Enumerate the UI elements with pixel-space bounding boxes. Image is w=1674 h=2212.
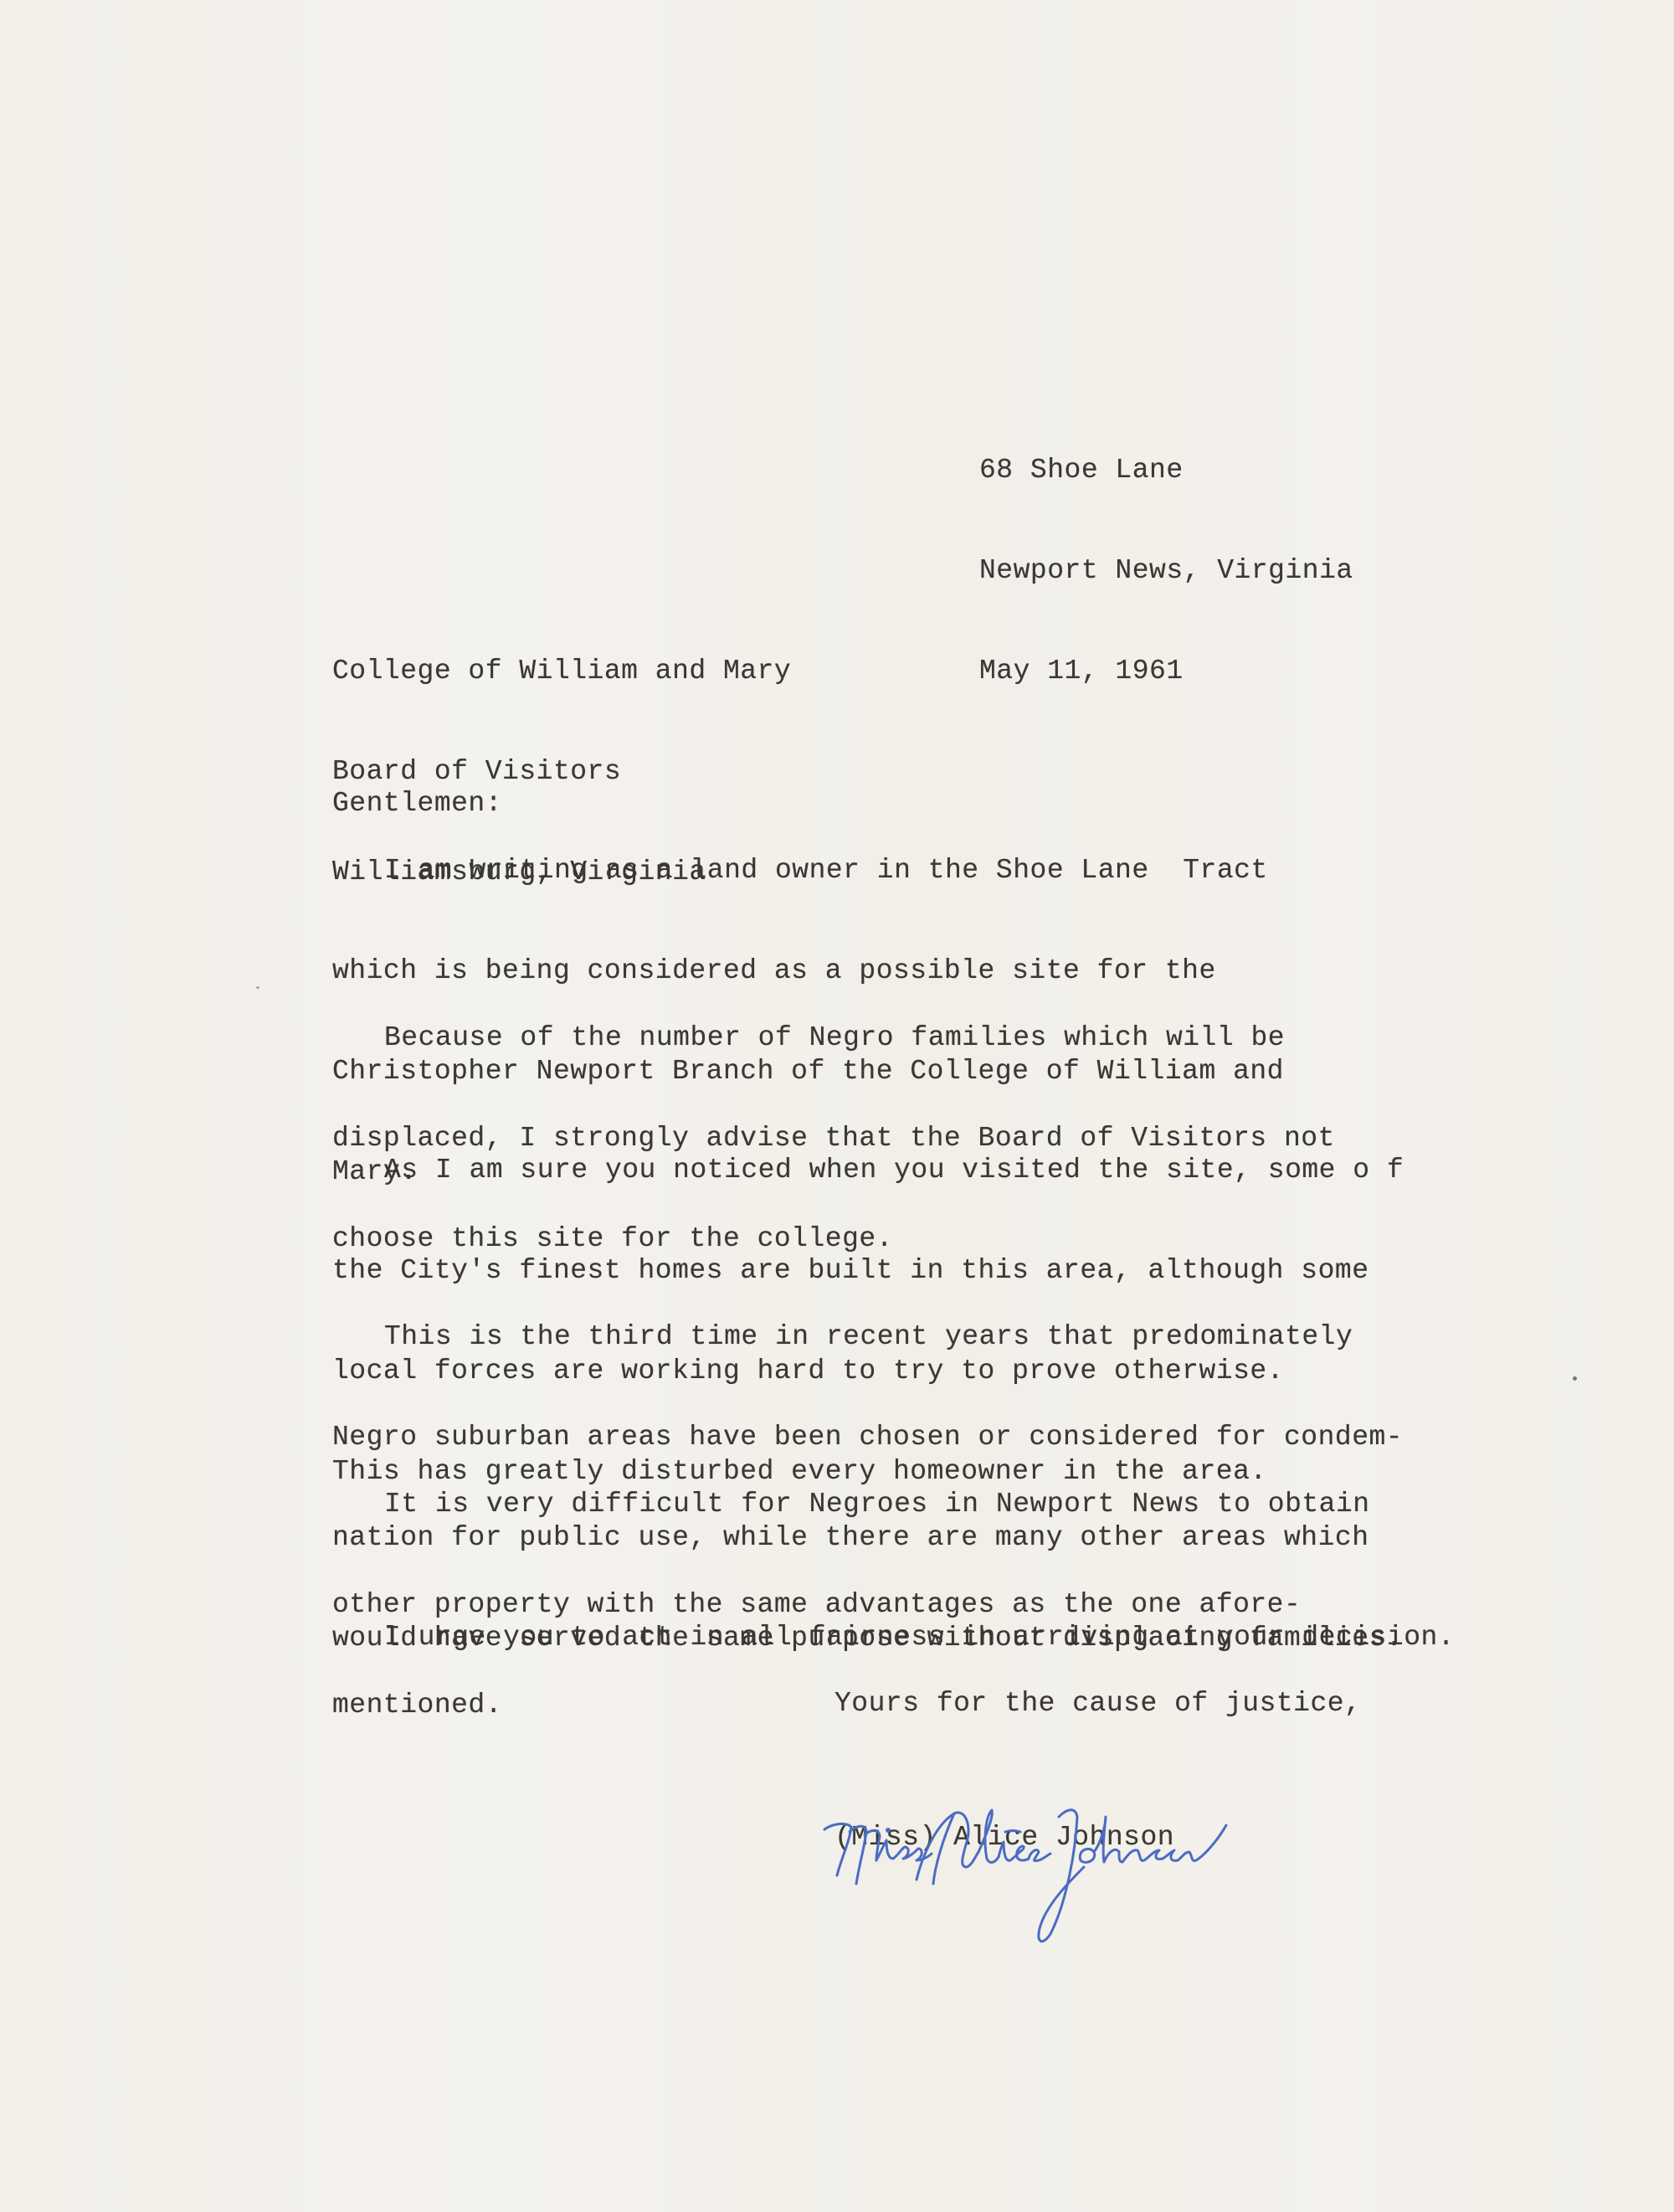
paragraph-line: As I am sure you noticed when you visite… xyxy=(332,1154,1404,1187)
ink-speck xyxy=(256,986,259,989)
letter-date: May 11, 1961 xyxy=(979,655,1353,688)
sender-city: Newport News, Virginia xyxy=(979,554,1353,588)
paragraph-line: I am writing as a land owner in the Shoe… xyxy=(332,854,1284,887)
closing-text: Yours for the cause of justice, xyxy=(834,1687,1361,1721)
sender-address: 68 Shoe Lane Newport News, Virginia May … xyxy=(979,387,1353,755)
paragraph-line: Because of the number of Negro families … xyxy=(332,1021,1335,1055)
letter-page: 68 Shoe Lane Newport News, Virginia May … xyxy=(0,0,1674,2212)
recipient-institution: College of William and Mary xyxy=(332,655,791,688)
paragraph-line: This is the third time in recent years t… xyxy=(332,1320,1403,1354)
paragraph-line: It is very difficult for Negroes in Newp… xyxy=(332,1488,1370,1521)
handwritten-signature: Miss Alice Johnson xyxy=(816,1792,1368,1959)
sender-street: 68 Shoe Lane xyxy=(979,454,1353,487)
paper-speck xyxy=(1573,1376,1577,1381)
